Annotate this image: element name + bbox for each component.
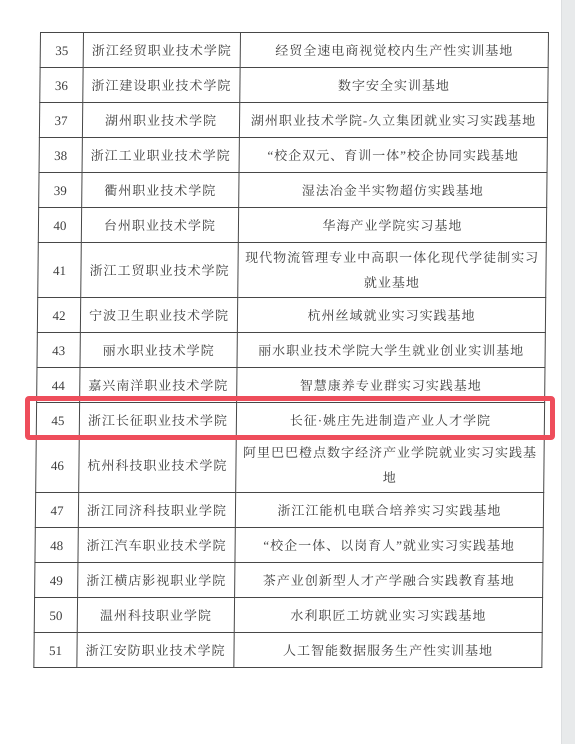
row-number-cell: 39 [39,173,82,208]
table-row: 43 丽水职业技术学院 丽水职业技术学院大学生就业创业实训基地 [37,333,545,368]
page-edge-strip [561,0,575,744]
college-cell: 宁波卫生职业技术学院 [80,298,237,333]
college-cell: 嘉兴南洋职业技术学院 [80,368,237,403]
college-cell: 湖州职业技术学院 [82,103,239,138]
row-number-cell: 45 [36,403,79,438]
base-cell: 茶产业创新型人才产学融合实践教育基地 [235,563,543,598]
college-cell: 浙江汽车职业技术学院 [78,528,235,563]
row-number-cell: 42 [37,298,80,333]
base-cell: 浙江江能机电联合培养实习实践基地 [235,493,543,528]
table-row: 46 杭州科技职业技术学院 阿里巴巴橙点数字经济产业学院就业实习实践基地 [36,438,545,493]
base-cell: 水利职匠工坊就业实习实践基地 [234,598,542,633]
table-row: 51 浙江安防职业技术学院 人工智能数据服务生产性实训基地 [34,633,542,668]
table-row: 47 浙江同济科技职业学院 浙江江能机电联合培养实习实践基地 [35,493,543,528]
table-row: 35 浙江经贸职业技术学院 经贸全速电商视觉校内生产性实训基地 [40,33,548,68]
college-cell: 浙江长征职业技术学院 [79,403,236,438]
college-cell: 浙江建设职业技术学院 [83,68,240,103]
college-cell: 浙江同济科技职业学院 [78,493,235,528]
college-cell: 温州科技职业学院 [77,598,234,633]
row-number-cell: 38 [39,138,82,173]
table-row: 45 浙江长征职业技术学院 长征·姚庄先进制造产业人才学院 [36,403,544,438]
row-number-cell: 41 [38,243,82,298]
row-number-cell: 50 [34,598,77,633]
table-row: 44 嘉兴南洋职业技术学院 智慧康养专业群实习实践基地 [37,368,545,403]
base-cell: 丽水职业技术学院大学生就业创业实训基地 [237,333,545,368]
row-number-cell: 49 [35,563,78,598]
table-row: 38 浙江工业职业技术学院 “校企双元、育训一体”校企协同实践基地 [39,138,547,173]
college-cell: 浙江安防职业技术学院 [77,633,234,668]
college-cell: 丽水职业技术学院 [80,333,237,368]
table-row: 40 台州职业技术学院 华海产业学院实习基地 [38,208,546,243]
college-cell: 浙江工业职业技术学院 [82,138,239,173]
base-cell: 数字安全实训基地 [240,68,548,103]
scanned-document-page: 35 浙江经贸职业技术学院 经贸全速电商视觉校内生产性实训基地 36 浙江建设职… [0,0,575,744]
table-row: 39 衢州职业技术学院 湿法冶金半实物超仿实践基地 [39,173,547,208]
college-cell: 浙江横店影视职业学院 [78,563,235,598]
table-row: 41 浙江工贸职业技术学院 现代物流管理专业中高职一体化现代学徒制实习就业基地 [38,243,547,298]
base-cell: 经贸全速电商视觉校内生产性实训基地 [240,33,548,68]
practice-bases-table: 35 浙江经贸职业技术学院 经贸全速电商视觉校内生产性实训基地 36 浙江建设职… [33,32,549,668]
table-row: 50 温州科技职业学院 水利职匠工坊就业实习实践基地 [34,598,542,633]
college-cell: 杭州科技职业技术学院 [79,438,237,493]
table-row: 42 宁波卫生职业技术学院 杭州丝域就业实习实践基地 [37,298,545,333]
row-number-cell: 46 [36,438,80,493]
base-cell: 湿法冶金半实物超仿实践基地 [239,173,547,208]
base-cell: 杭州丝域就业实习实践基地 [237,298,545,333]
row-number-cell: 37 [39,103,82,138]
table-row: 49 浙江横店影视职业学院 茶产业创新型人才产学融合实践教育基地 [35,563,543,598]
row-number-cell: 35 [40,33,83,68]
row-number-cell: 51 [34,633,77,668]
base-cell: “校企双元、育训一体”校企协同实践基地 [239,138,547,173]
base-cell: 人工智能数据服务生产性实训基地 [234,633,542,668]
row-number-cell: 47 [35,493,78,528]
table-row: 48 浙江汽车职业技术学院 “校企一体、以岗育人”就业实习实践基地 [35,528,543,563]
table-row: 37 湖州职业技术学院 湖州职业技术学院-久立集团就业实习实践基地 [39,103,547,138]
base-cell: 阿里巴巴橙点数字经济产业学院就业实习实践基地 [236,438,545,493]
base-cell: 湖州职业技术学院-久立集团就业实习实践基地 [239,103,547,138]
row-number-cell: 43 [37,333,80,368]
base-cell: 现代物流管理专业中高职一体化现代学徒制实习就业基地 [238,243,547,298]
row-number-cell: 36 [40,68,83,103]
college-cell: 浙江工贸职业技术学院 [81,243,239,298]
base-cell: 智慧康养专业群实习实践基地 [237,368,545,403]
base-cell: 长征·姚庄先进制造产业人才学院 [236,403,544,438]
college-cell: 衢州职业技术学院 [82,173,239,208]
base-cell: 华海产业学院实习基地 [238,208,546,243]
base-cell: “校企一体、以岗育人”就业实习实践基地 [235,528,543,563]
table-row: 36 浙江建设职业技术学院 数字安全实训基地 [40,68,548,103]
college-cell: 台州职业技术学院 [81,208,238,243]
row-number-cell: 44 [37,368,80,403]
row-number-cell: 48 [35,528,78,563]
row-number-cell: 40 [38,208,81,243]
college-cell: 浙江经贸职业技术学院 [83,33,240,68]
